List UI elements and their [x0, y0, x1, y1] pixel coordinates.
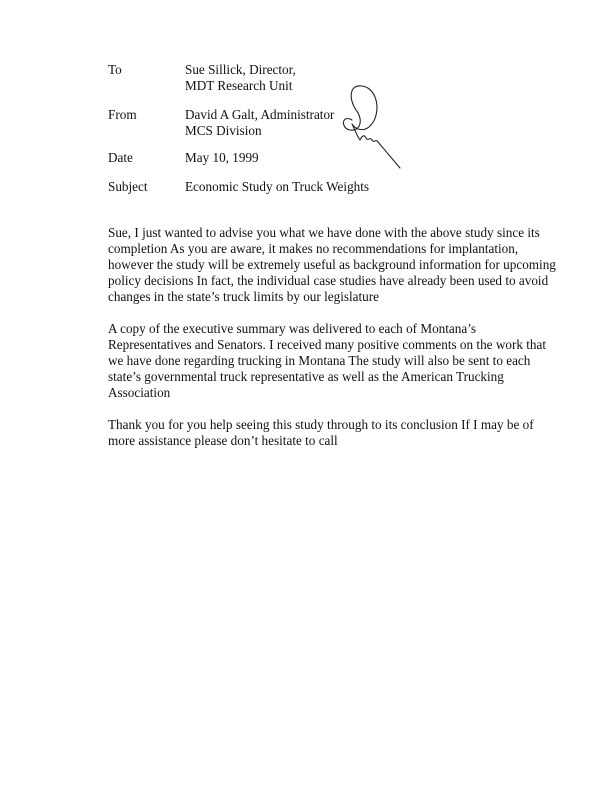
date-value: May 10, 1999 — [185, 150, 259, 166]
from-label: From — [108, 107, 137, 123]
from-unit: MCS Division — [185, 123, 262, 139]
body-paragraph-2: A copy of the executive summary was deli… — [108, 321, 568, 401]
memo-body: Sue, I just wanted to advise you what we… — [108, 225, 568, 465]
subject-value: Economic Study on Truck Weights — [185, 179, 369, 195]
signature-icon — [338, 80, 408, 170]
subject-row: Subject Economic Study on Truck Weights — [108, 179, 568, 195]
to-row: To Sue Sillick, Director, — [108, 62, 568, 78]
from-name: David A Galt, Administrator — [185, 107, 334, 123]
body-paragraph-1: Sue, I just wanted to advise you what we… — [108, 225, 568, 305]
to-unit: MDT Research Unit — [185, 78, 292, 94]
date-label: Date — [108, 150, 133, 166]
body-paragraph-3: Thank you for you help seeing this study… — [108, 417, 568, 449]
to-name: Sue Sillick, Director, — [185, 62, 296, 78]
subject-label: Subject — [108, 179, 148, 195]
to-label: To — [108, 62, 122, 78]
